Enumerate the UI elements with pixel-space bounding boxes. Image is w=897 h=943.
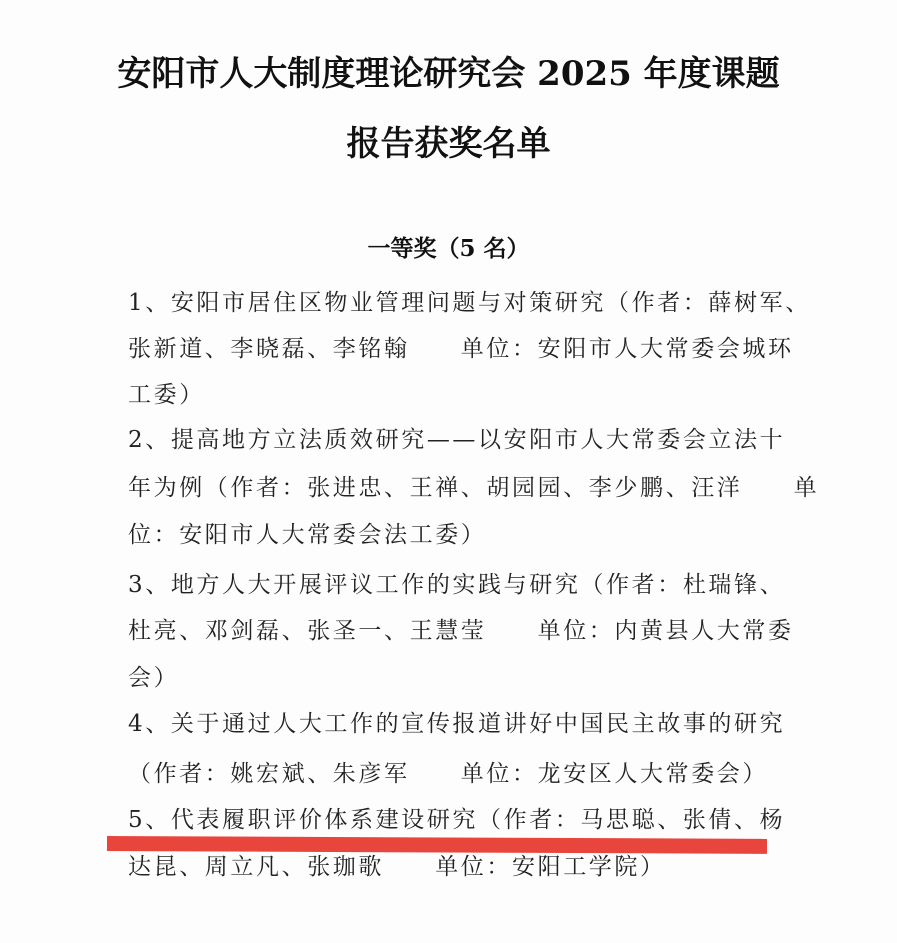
entry-1-line-1: 1、安阳市居住区物业管理问题与对策研究（作者：薛树军、 — [128, 284, 811, 317]
entry-2-line-3: 位：安阳市人大常委会法工委） — [128, 516, 486, 549]
document-title-line-1: 安阳市人大制度理论研究会 2025 年度课题 — [0, 46, 897, 95]
entry-3-line-2: 杜亮、邓剑磊、张圣一、王慧莹 单位：内黄县人大常委 — [128, 612, 794, 645]
entry-2-line-2: 年为例（作者：张进忠、王禅、胡园园、李少鹏、汪洋 单 — [128, 469, 819, 502]
entry-2-line-1: 2、提高地方立法质效研究——以安阳市人大常委会立法十 — [128, 421, 785, 454]
document-title-line-2: 报告获奖名单 — [0, 116, 897, 165]
entry-5-line-1: 5、代表履职评价体系建设研究（作者：马思聪、张倩、杨 — [128, 801, 785, 834]
entry-5-line-2: 达昆、周立凡、张珈歌 单位：安阳工学院） — [128, 848, 666, 881]
entry-1-line-3: 工委） — [128, 376, 205, 409]
entry-3-line-3: 会） — [128, 659, 179, 692]
first-prize-heading: 一等奖（5 名） — [0, 230, 897, 263]
entry-1-line-2: 张新道、李晓磊、李铭翰 单位：安阳市人大常委会城环 — [128, 330, 794, 363]
document-page: 安阳市人大制度理论研究会 2025 年度课题 报告获奖名单 一等奖（5 名） 1… — [0, 0, 897, 943]
entry-4-line-2: （作者：姚宏斌、朱彦军 单位：龙安区人大常委会） — [128, 755, 768, 788]
entry-4-line-1: 4、关于通过人大工作的宣传报道讲好中国民主故事的研究 — [128, 705, 785, 738]
entry-3-line-1: 3、地方人大开展评议工作的实践与研究（作者：杜瑞锋、 — [128, 566, 785, 599]
